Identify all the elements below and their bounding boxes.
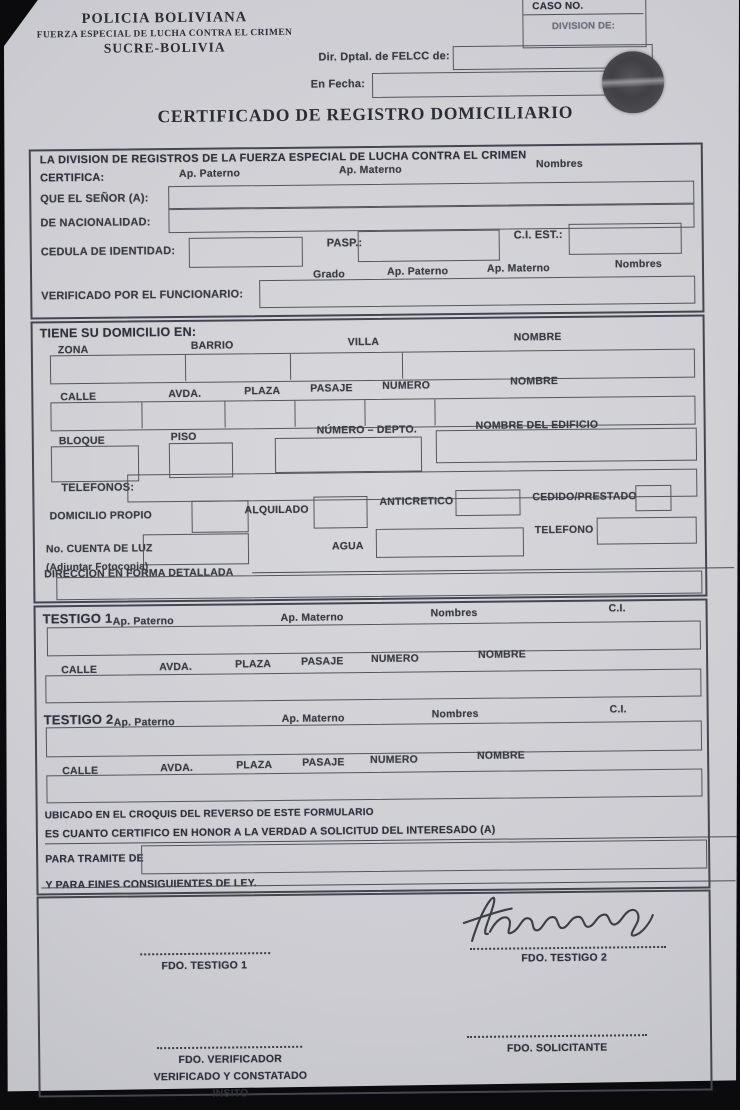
piso-label: PISO — [171, 431, 197, 443]
domicilio-propio-label: DOMICILIO PROPIO — [50, 509, 152, 522]
footer-line4: Y PARA FINES CONSIGUIENTES DE LEY. — [45, 877, 257, 891]
cedido-prestado-field — [635, 485, 671, 511]
plaza-label-dom: PLAZA — [244, 385, 280, 397]
s1-certifica: CERTIFICA: — [40, 172, 104, 185]
avda-label-dom: AVDA. — [168, 388, 201, 400]
agua-label: AGUA — [332, 540, 364, 552]
senor-label: QUE EL SEÑOR (A): — [40, 192, 148, 206]
func-col-ap-paterno: Ap. Paterno — [387, 265, 448, 278]
nombre-label-r2: NOMBRE — [510, 375, 558, 388]
t1-col-ap-materno: Ap. Materno — [281, 611, 344, 624]
photo-corner-shadow — [0, 0, 34, 40]
fdo-solicitante: FDO. SOLICITANTE — [467, 1041, 647, 1055]
ci-est-field — [569, 223, 682, 255]
t1-pasaje: PASAJE — [301, 655, 344, 668]
cuenta-luz-label: No. CUENTA DE LUZ — [46, 542, 153, 555]
cedula-label: CEDULA DE IDENTIDAD: — [41, 245, 176, 259]
pasp-field — [358, 230, 500, 262]
handwritten-signature-testigo2 — [461, 885, 658, 951]
photographed-document: POLICIA BOLIVIANA FUERZA ESPECIAL DE LUC… — [0, 0, 740, 1110]
org-city: SUCRE-BOLIVIA — [25, 39, 305, 58]
anticretico-label: ANTICRETICO — [379, 495, 453, 508]
cuenta-luz-field — [143, 533, 249, 565]
testigo1-label: TESTIGO 1 — [43, 612, 113, 628]
ci-est-label: C.I. EST.: — [514, 229, 563, 242]
telefonos-label: TELEFONOS: — [61, 481, 134, 494]
t2-numero: NUMERO — [370, 754, 418, 767]
fecha-label: En Fecha: — [295, 78, 365, 91]
dir-dptal-label: Dir. Dptal. de FELCC de: — [285, 50, 450, 64]
telefono-field — [597, 517, 697, 545]
tramite-label: PARA TRAMITE DE — [45, 852, 144, 865]
t2-pasaje: PASAJE — [302, 756, 345, 769]
t1-numero: NUMERO — [371, 652, 419, 665]
domicilio-heading: TIENE SU DOMICILIO EN: — [40, 325, 197, 341]
org-name: POLICIA BOLIVIANA — [24, 9, 304, 29]
numero-label-dom: NUMERO — [382, 379, 430, 392]
t2-plaza: PLAZA — [236, 759, 272, 771]
cedula-field — [189, 237, 303, 268]
domicilio-propio-field — [191, 500, 248, 533]
tramite-field — [141, 839, 707, 874]
barrio-label: BARRIO — [191, 339, 234, 352]
func-col-ap-materno: Ap. Materno — [487, 262, 550, 275]
t2-col-ap-materno: Ap. Materno — [282, 712, 345, 725]
func-col-nombres: Nombres — [615, 258, 662, 271]
t2-nombre: NOMBRE — [477, 749, 525, 762]
verificado-field — [259, 276, 695, 309]
t2-avda: AVDA. — [160, 762, 193, 774]
t2-col-ci: C.I. — [610, 703, 627, 715]
division-label: DIVISION DE: — [522, 21, 644, 33]
fdo-testigo2: FDO. TESTIGO 2 — [474, 951, 654, 965]
verificado-label: VERIFICADO POR EL FUNCIONARIO: — [41, 288, 243, 303]
fdo-testigo1: FDO. TESTIGO 1 — [124, 959, 284, 973]
t1-avda: AVDA. — [159, 661, 192, 673]
pasaje-label-dom: PASAJE — [310, 382, 353, 395]
agua-field — [376, 527, 524, 558]
nacionalidad-label: DE NACIONALIDAD: — [40, 216, 150, 230]
caso-label: CASO NO. — [532, 1, 583, 13]
cedido-prestado-label: CEDIDO/PRESTADO — [532, 490, 636, 503]
form-print-layer: POLICIA BOLIVIANA FUERZA ESPECIAL DE LUC… — [0, 0, 740, 1110]
s1-col-nombres: Nombres — [536, 158, 583, 171]
numero-depto-label: NÚMERO – DEPTO. — [317, 424, 417, 437]
nombre-edificio-field — [436, 428, 697, 464]
villa-label: VILLA — [348, 336, 379, 348]
bloque-field — [51, 445, 139, 482]
fdo-verificador: FDO. VERIFICADOR — [130, 1052, 330, 1066]
alquilado-label: ALQUILADO — [244, 504, 308, 517]
s1-col-ap-paterno: Ap. Paterno — [179, 167, 240, 180]
t1-col-nombres: Nombres — [431, 607, 478, 620]
page-title: CERTIFICADO DE REGISTRO DOMICILIARIO — [0, 100, 735, 129]
org-letterhead: POLICIA BOLIVIANA FUERZA ESPECIAL DE LUC… — [24, 9, 304, 58]
verificado-constatado: VERIFICADO Y CONSTATADO — [120, 1069, 340, 1083]
nombre-label-r1: NOMBRE — [514, 331, 562, 344]
alquilado-field — [313, 496, 367, 529]
t2-col-nombres: Nombres — [432, 708, 479, 721]
t1-col-ci: C.I. — [609, 602, 626, 614]
t1-nombre: NOMBRE — [478, 648, 526, 661]
insito: INSITO — [161, 1087, 301, 1101]
telefono-label: TELEFONO — [535, 524, 594, 537]
anticretico-field — [455, 489, 520, 516]
s1-col-ap-materno: Ap. Materno — [339, 164, 402, 177]
t1-plaza: PLAZA — [235, 658, 271, 670]
numero-depto-field — [275, 436, 422, 473]
